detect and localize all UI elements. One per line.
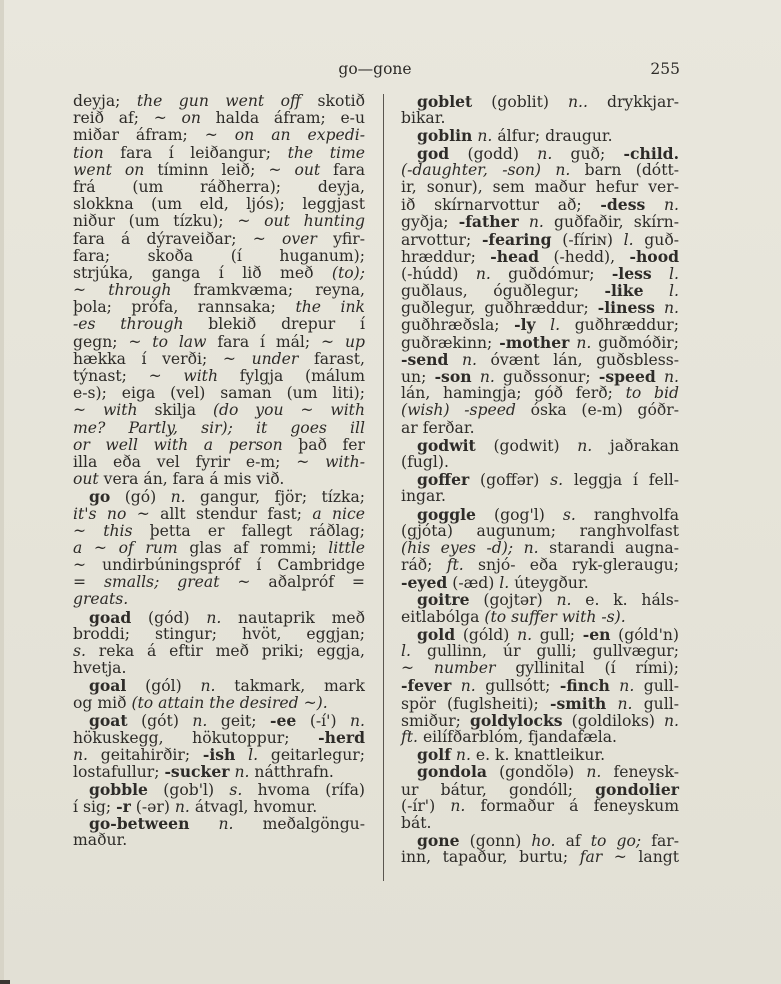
definition-text: ~ aðalpróf = [219, 573, 365, 591]
definition-text: (goblit) [472, 93, 568, 111]
italic-text: n. [664, 712, 679, 730]
italic-text: n. [477, 127, 492, 145]
definition-text: farast, [298, 350, 365, 368]
entry-line: = smalls; great ~ aðalpróf = [73, 574, 365, 591]
definition-text: nátthrafn. [249, 763, 333, 781]
definition-text: reka á eftir með priki; eggja, [86, 642, 365, 660]
definition-text: jaðrakan [592, 437, 679, 455]
italic-text: it's no [73, 505, 126, 523]
italic-text: (to suffer with -s). [484, 608, 625, 626]
headword: -ish [203, 745, 236, 764]
italic-text: n. [73, 746, 88, 764]
headword: gondola [417, 762, 487, 781]
definition-text: ~ [73, 281, 108, 299]
definition-text: fara í leiðangur; [104, 144, 288, 162]
entry-line: (fugl). [401, 454, 679, 471]
italic-text: ft. [401, 728, 418, 746]
entry-line: ingar. [401, 488, 679, 505]
headword: -ly [514, 315, 535, 334]
entry-line: -send n. óvænt lán, guðsbless- [401, 351, 679, 368]
italic-text: s. [550, 471, 563, 489]
definition-text: = [73, 573, 104, 591]
entry-line: guðrækinn; -mother n. guðmóðir; [401, 334, 679, 351]
headword: -head [490, 247, 539, 266]
headword: -speed [599, 367, 656, 386]
entry-line: ar ferðar. [401, 420, 679, 437]
italic-text: n. [234, 763, 249, 781]
entry-first-line: gondola (gondŏlə) n. feneysk- [401, 763, 679, 780]
entry-line: un; -son n. guðssonur; -speed n. [401, 368, 679, 385]
definition-text: guðmóðir; [591, 334, 679, 352]
entry-line: fara; skoða (í huganum); [73, 248, 365, 265]
entry-line: ~ undirbúningspróf í Cambridge [73, 557, 365, 574]
definition-text: (gondŏlə) [487, 763, 586, 781]
definition-text: (-ír') [401, 797, 450, 815]
definition-text: þola; prófa, rannsaka; [73, 298, 295, 316]
italic-text: n.. [568, 93, 588, 111]
definition-text: glas af rommi; [178, 539, 329, 557]
headword: goblin [417, 126, 472, 145]
entry-first-line: go (gó) n. gangur, fjör; tízka; [73, 488, 365, 505]
definition-text: miðar áfram; ~ [73, 126, 235, 144]
definition-text [655, 299, 664, 317]
entry-line: -es through blekið drepur í [73, 316, 365, 333]
definition-text: e. k. knattleikur. [471, 746, 605, 764]
definition-text: týnast; ~ [73, 367, 183, 385]
definition-text: meðalgöngu- [234, 815, 365, 833]
entry-first-line: goal (gól) n. takmark, mark [73, 677, 365, 694]
italic-text: the ink [295, 298, 365, 316]
entry-line: smiður; goldylocks (goldiloks) n. [401, 712, 679, 729]
italic-text: over [282, 230, 317, 248]
definition-text: ~ allt stendur fast; [126, 505, 312, 523]
definition-text: skilja [138, 401, 213, 419]
italic-text: to bid [626, 384, 679, 402]
entry-line: illa eða vel fyrir e-m; ~ with- [73, 454, 365, 471]
headword: -sucker [164, 762, 229, 781]
entry-line: (gjóta) augunum; ranghvolfast [401, 523, 679, 540]
definition-text: þetta er fallegt ráðlag; [133, 522, 365, 540]
entry-line: greats. [73, 591, 365, 608]
entry-line: -fever n. gullsótt; -finch n. gull- [401, 677, 679, 694]
entry-first-line: goblin n. álfur; draugur. [401, 127, 679, 144]
definition-text [652, 265, 669, 283]
definition-text: ráð; [401, 556, 447, 574]
italic-text: l. [669, 265, 679, 283]
headword: goldylocks [470, 711, 563, 730]
italic-text: tion [73, 144, 104, 162]
italic-text: to law [152, 333, 206, 351]
italic-text: l. [248, 746, 258, 764]
entry-first-line: goat (gót) n. geit; -ee (-í') n. [73, 712, 365, 729]
definition-text: slokkna (um eld, ljós); leggjast [73, 195, 365, 213]
italic-text: n. [664, 299, 679, 317]
entry-line: ~ with skilja (do you ~ with [73, 402, 365, 419]
definition-text: (gót) [128, 712, 193, 730]
entry-line: or well with a person það fer [73, 437, 365, 454]
definition-text: hvoma (rífa) [242, 781, 365, 799]
definition-text: guðdómur; [491, 265, 612, 283]
entry-line: inn, tapaður, burtu; far ~ langt [401, 849, 679, 866]
headword: god [417, 144, 449, 163]
definition-text: gyllinital (í rími); [495, 659, 679, 677]
right-column: goblet (goblit) n.. drykkjar-bikar.gobli… [401, 93, 679, 866]
headword: -son [435, 367, 472, 386]
definition-text: guðfaðir, skírn- [544, 213, 679, 231]
definition-text: snjó- eða ryk-gleraugu; [464, 556, 679, 574]
headword: -herd [318, 728, 365, 747]
definition-text: óska (e-m) góðr- [516, 401, 679, 419]
headword: godwit [417, 436, 476, 455]
italic-text: through [108, 281, 171, 299]
headword: goblet [417, 92, 472, 111]
italic-text: s. [73, 642, 86, 660]
definition-text: fara; skoða (í huganum); [73, 247, 365, 265]
italic-text: n. [617, 695, 632, 713]
definition-text: vera án, fara á mis við. [99, 470, 285, 488]
definition-text: ~ [401, 659, 434, 677]
definition-text: fara [320, 161, 365, 179]
italic-text: ft. [447, 556, 464, 574]
italic-text: up [345, 333, 365, 351]
page-number: 255 [650, 60, 680, 78]
definition-text: skotið [301, 92, 365, 110]
definition-text: ir, sonur), sem maður hefur ver- [401, 178, 679, 196]
italic-text: number [434, 659, 496, 677]
definition-text: geit; [207, 712, 270, 730]
italic-text: l. [499, 574, 509, 592]
definition-text [610, 677, 619, 695]
entry-line: ráð; ft. snjó- eða ryk-gleraugu; [401, 557, 679, 574]
entry-line: deyja; the gun went off skotið [73, 93, 365, 110]
italic-text: on [182, 109, 201, 127]
definition-text: eilífðarblóm, fjandafæla. [418, 728, 617, 746]
italic-text: (do you ~ with [213, 401, 365, 419]
entry-line: þola; prófa, rannsaka; the ink [73, 299, 365, 316]
entry-line: hræddur; -head (-hedd), -hood [401, 248, 679, 265]
entry-first-line: goggle (gog'l) s. ranghvolfa [401, 506, 679, 523]
entry-line: hökuskegg, hökutoppur; -herd [73, 729, 365, 746]
definition-text: guðlegur, guðhræddur; [401, 299, 598, 317]
definition-text: leggja í fell- [563, 471, 679, 489]
entry-line: miðar áfram; ~ on an expedi- [73, 127, 365, 144]
headword: -ee [270, 711, 296, 730]
definition-text: yfir- [317, 230, 365, 248]
headword: gondolier [595, 780, 679, 799]
entry-first-line: goitre (gojtər) n. e. k. háls- [401, 591, 679, 608]
entry-line: týnast; ~ with fylgja (málum [73, 368, 365, 385]
definition-text [451, 677, 460, 695]
definition-text: e-s); eiga (vel) saman (um liti); [73, 384, 365, 402]
entry-first-line: gold (góld) n. gull; -en (góld'n) [401, 626, 679, 643]
italic-text: on an expedi- [235, 126, 365, 144]
italic-text: little [328, 539, 365, 557]
italic-text: out [73, 470, 99, 488]
italic-text: n. [461, 677, 476, 695]
entry-line: e-s); eiga (vel) saman (um liti); [73, 385, 365, 402]
entry-line: strjúka, ganga í lið með (to); [73, 265, 365, 282]
italic-text: (to); [332, 264, 365, 282]
definition-text: hækka í verði; ~ [73, 350, 252, 368]
definition-text: geitarlegur; [258, 746, 365, 764]
definition-text: (goffər) [469, 471, 550, 489]
definition-text: maður. [73, 831, 127, 849]
entry-line: spör (fuglsheiti); -smith n. gull- [401, 695, 679, 712]
entry-line: (-ír') n. formaður á feneyskum [401, 798, 679, 815]
italic-text: (his eyes -d); n. [401, 539, 539, 557]
definition-text: deyja; [73, 92, 137, 110]
definition-text: lán, hamingja; góð ferð; [401, 384, 626, 402]
definition-text: (fugl). [401, 453, 449, 471]
headword: gold [417, 625, 455, 644]
italic-text: (wish) -speed [401, 401, 516, 419]
headword: goitre [417, 590, 470, 609]
definition-text: hvetja. [73, 659, 126, 677]
definition-text: hræddur; [401, 248, 490, 266]
headword: gone [417, 831, 460, 850]
running-head: go—gone 255 [70, 60, 680, 82]
italic-text: out hunting [264, 212, 365, 230]
entry-line: l. gullinn, úr gulli; gullvægur; [401, 643, 679, 660]
headword: -en [583, 625, 611, 644]
definition-text: ~ [73, 522, 103, 540]
entry-line: ið skírnarvottur að; -dess n. [401, 196, 679, 213]
definition-text: tíminn leið; ~ [144, 161, 294, 179]
dictionary-page: go—gone 255 deyja; the gun went off skot… [0, 0, 781, 984]
headword: goal [89, 676, 126, 695]
entry-line: frá (um ráðherra); deyja, [73, 179, 365, 196]
headword: -liness [598, 298, 655, 317]
definition-text: ~ langt [602, 848, 679, 866]
italic-text: n. [476, 265, 491, 283]
entry-line: fara á dýraveiðar; ~ over yfir- [73, 231, 365, 248]
entry-line: reið af; ~ on halda áfram; e-u [73, 110, 365, 127]
entry-line: niður (um tízku); ~ out hunting [73, 213, 365, 230]
definition-text: úteygður. [509, 574, 588, 592]
entry-line: hækka í verði; ~ under farast, [73, 351, 365, 368]
italic-text: with- [325, 453, 365, 471]
italic-text: n. [450, 797, 465, 815]
definition-text: (-fíriɴ) [552, 231, 624, 249]
italic-text: went on [73, 161, 144, 179]
entry-line: went on tíminn leið; ~ out fara [73, 162, 365, 179]
italic-text: n. [619, 677, 634, 695]
definition-text: gegn; ~ [73, 333, 152, 351]
italic-text: (-daughter, -son) n. [401, 161, 570, 179]
entry-line: lán, hamingja; góð ferð; to bid [401, 385, 679, 402]
definition-text: guðhræddur; [560, 316, 679, 334]
entry-line: guðlaus, óguðlegur; -like l. [401, 282, 679, 299]
entry-line: guðlegur, guðhræddur; -liness n. [401, 299, 679, 316]
entry-line: (-húdd) n. guðdómur; -less l. [401, 265, 679, 282]
definition-text: formaður á feneyskum [465, 797, 679, 815]
headword: -mother [499, 333, 569, 352]
headword: -fever [401, 676, 451, 695]
italic-text: -es through [73, 315, 184, 333]
entry-line: out vera án, fara á mis við. [73, 471, 365, 488]
headword: -fearing [482, 230, 552, 249]
entry-line: it's no ~ allt stendur fast; a nice [73, 506, 365, 523]
entry-first-line: goblet (goblit) n.. drykkjar- [401, 93, 679, 110]
definition-text: (godwit) [476, 437, 577, 455]
entry-first-line: golf n. e. k. knattleikur. [401, 746, 679, 763]
italic-text: out [294, 161, 320, 179]
entry-line: bikar. [401, 110, 679, 127]
page-edge-shadow [0, 0, 4, 984]
running-head-title: go—gone [70, 60, 680, 78]
entry-line: lostafullur; -sucker n. nátthrafn. [73, 763, 365, 780]
headword: -r [116, 797, 131, 816]
entry-line: hvetja. [73, 660, 365, 677]
headword: -dess [600, 195, 645, 214]
definition-text: fara á dýraveiðar; ~ [73, 230, 282, 248]
definition-text: strjúka, ganga í lið með [73, 264, 332, 282]
italic-text: the gun went off [137, 92, 301, 110]
headword: golf [417, 745, 451, 764]
italic-text: this [103, 522, 132, 540]
italic-text: l. [669, 282, 679, 300]
definition-text: inn, tapaður, burtu; [401, 848, 580, 866]
entry-line: eitlabólga (to suffer with -s). [401, 609, 679, 626]
entry-line: ~ through framkvæma; reyna, [73, 282, 365, 299]
entry-line: guðhræðsla; -ly l. guðhræddur; [401, 316, 679, 333]
definition-text: fylgja (málum [218, 367, 365, 385]
entry-line: og mið (to attain the desired ~). [73, 695, 365, 712]
headword: go [89, 487, 110, 506]
definition-text: það fer [283, 436, 365, 454]
definition-text: starandi augna- [539, 539, 679, 557]
entry-line: (-daughter, -son) n. barn (dótt- [401, 162, 679, 179]
italic-text: a nice [312, 505, 365, 523]
entry-line: gegn; ~ to law fara í mál; ~ up [73, 334, 365, 351]
definition-text: gullsótt; [476, 677, 560, 695]
italic-text: (to attain the desired ~). [131, 694, 327, 712]
entry-first-line: god (godd) n. guð; -child. [401, 145, 679, 162]
entry-line: gyðja; -father n. guðfaðir, skírn- [401, 213, 679, 230]
entry-line: me? Partly, sir); it goes ill [73, 420, 365, 437]
italic-text: me? Partly, sir); it goes ill [73, 419, 365, 437]
entry-first-line: goad (gód) n. nautaprik með [73, 609, 365, 626]
definition-text: eitlabólga [401, 608, 484, 626]
italic-text: of rum [119, 539, 178, 557]
entry-line: í sig; -r (-ər) n. átvagl, hvomur. [73, 798, 365, 815]
headword: -eyed [401, 573, 447, 592]
italic-text: l. [401, 642, 411, 660]
italic-text: far [580, 848, 603, 866]
entry-line: bát. [401, 815, 679, 832]
headword: -send [401, 350, 448, 369]
headword: -less [612, 264, 652, 283]
entry-line: ft. eilífðarblóm, fjandafæla. [401, 729, 679, 746]
entry-line: ir, sonur), sem maður hefur ver- [401, 179, 679, 196]
definition-text: guðhræðsla; [401, 316, 514, 334]
italic-text: n. [219, 815, 234, 833]
definition-text [645, 196, 664, 214]
definition-text: (-húdd) [401, 265, 476, 283]
definition-text: framkvæma; reyna, [171, 281, 365, 299]
definition-text: illa eða vel fyrir e-m; ~ [73, 453, 325, 471]
definition-text: álfur; draugur. [492, 127, 612, 145]
headword: -like [604, 281, 643, 300]
entry-line: s. reka á eftir með priki; eggja, [73, 643, 365, 660]
headword: -finch [560, 676, 610, 695]
entry-first-line: gobble (gob'l) s. hvoma (rífa) [73, 781, 365, 798]
definition-text: gyðja; [401, 213, 459, 231]
definition-text: drykkjar- [588, 93, 679, 111]
definition-text: (gob'l) [148, 781, 229, 799]
definition-text: guðlaus, óguðlegur; [401, 282, 604, 300]
scan-corner-mark [0, 980, 10, 984]
definition-text: frá (um ráðherra); deyja, [73, 178, 365, 196]
entry-first-line: gone (gonn) ho. af to go; far- [401, 832, 679, 849]
definition-text: halda áfram; e-u [201, 109, 365, 127]
entry-line: slokkna (um eld, ljós); leggjast [73, 196, 365, 213]
headword: -smith [550, 694, 606, 713]
entry-line: ~ this þetta er fallegt ráðlag; [73, 523, 365, 540]
entry-line: ur bátur, gondóll; gondolier [401, 781, 679, 798]
headword: goat [89, 711, 128, 730]
definition-text: fara í mál; ~ [206, 333, 345, 351]
definition-text: ~ [82, 539, 118, 557]
definition-text: gull- [632, 695, 679, 713]
headword: goad [89, 608, 131, 627]
definition-text: bát. [401, 814, 432, 832]
entry-line: -eyed (-æd) l. úteygður. [401, 574, 679, 591]
definition-text [606, 695, 617, 713]
headword: -child. [624, 144, 679, 163]
definition-text: reið af; ~ [73, 109, 182, 127]
definition-text: blekið drepur í [184, 315, 366, 333]
entry-first-line: goffer (goffər) s. leggja í fell- [401, 471, 679, 488]
italic-text: n. [192, 712, 207, 730]
italic-text: n. [576, 334, 591, 352]
definition-text: arvottur; [401, 231, 482, 249]
entry-line: maður. [73, 832, 365, 849]
entry-line: arvottur; -fearing (-fíriɴ) l. guð- [401, 231, 679, 248]
italic-text: under [252, 350, 299, 368]
entry-line: a ~ of rum glas af rommi; little [73, 540, 365, 557]
definition-text: gullinn, úr gulli; gullvægur; [411, 642, 679, 660]
definition-text: og mið [73, 694, 131, 712]
entry-first-line: go-between n. meðalgöngu- [73, 815, 365, 832]
definition-text: (gjóta) augunum; ranghvolfast [401, 522, 679, 540]
headword: goggle [417, 505, 476, 524]
headword: goffer [417, 470, 469, 489]
italic-text: smalls; great [104, 573, 219, 591]
italic-text: n. [664, 196, 679, 214]
italic-text: s. [229, 781, 242, 799]
headword: go-between [89, 814, 189, 833]
definition-text: gull- [634, 677, 679, 695]
entry-line: n. geitahirðir; -ish l. geitarlegur; [73, 746, 365, 763]
italic-text: or well with a person [73, 436, 283, 454]
headword: gobble [89, 780, 148, 799]
italic-text: a [73, 539, 82, 557]
italic-text: greats. [73, 590, 128, 608]
left-column: deyja; the gun went off skotiðreið af; ~… [73, 93, 365, 849]
entry-line: broddi; stingur; hvöt, eggjan; [73, 626, 365, 643]
headword: -hood [629, 247, 679, 266]
entry-first-line: godwit (godwit) n. jaðrakan [401, 437, 679, 454]
definition-text: broddi; stingur; hvöt, eggjan; [73, 625, 365, 643]
entry-line: (his eyes -d); n. starandi augna- [401, 540, 679, 557]
definition-text: ingar. [401, 487, 446, 505]
definition-text: ~ undirbúningspróf í Cambridge [73, 556, 365, 574]
column-divider [383, 94, 384, 881]
italic-text: with [103, 401, 138, 419]
italic-text: with [183, 367, 218, 385]
definition-text: bikar. [401, 109, 445, 127]
